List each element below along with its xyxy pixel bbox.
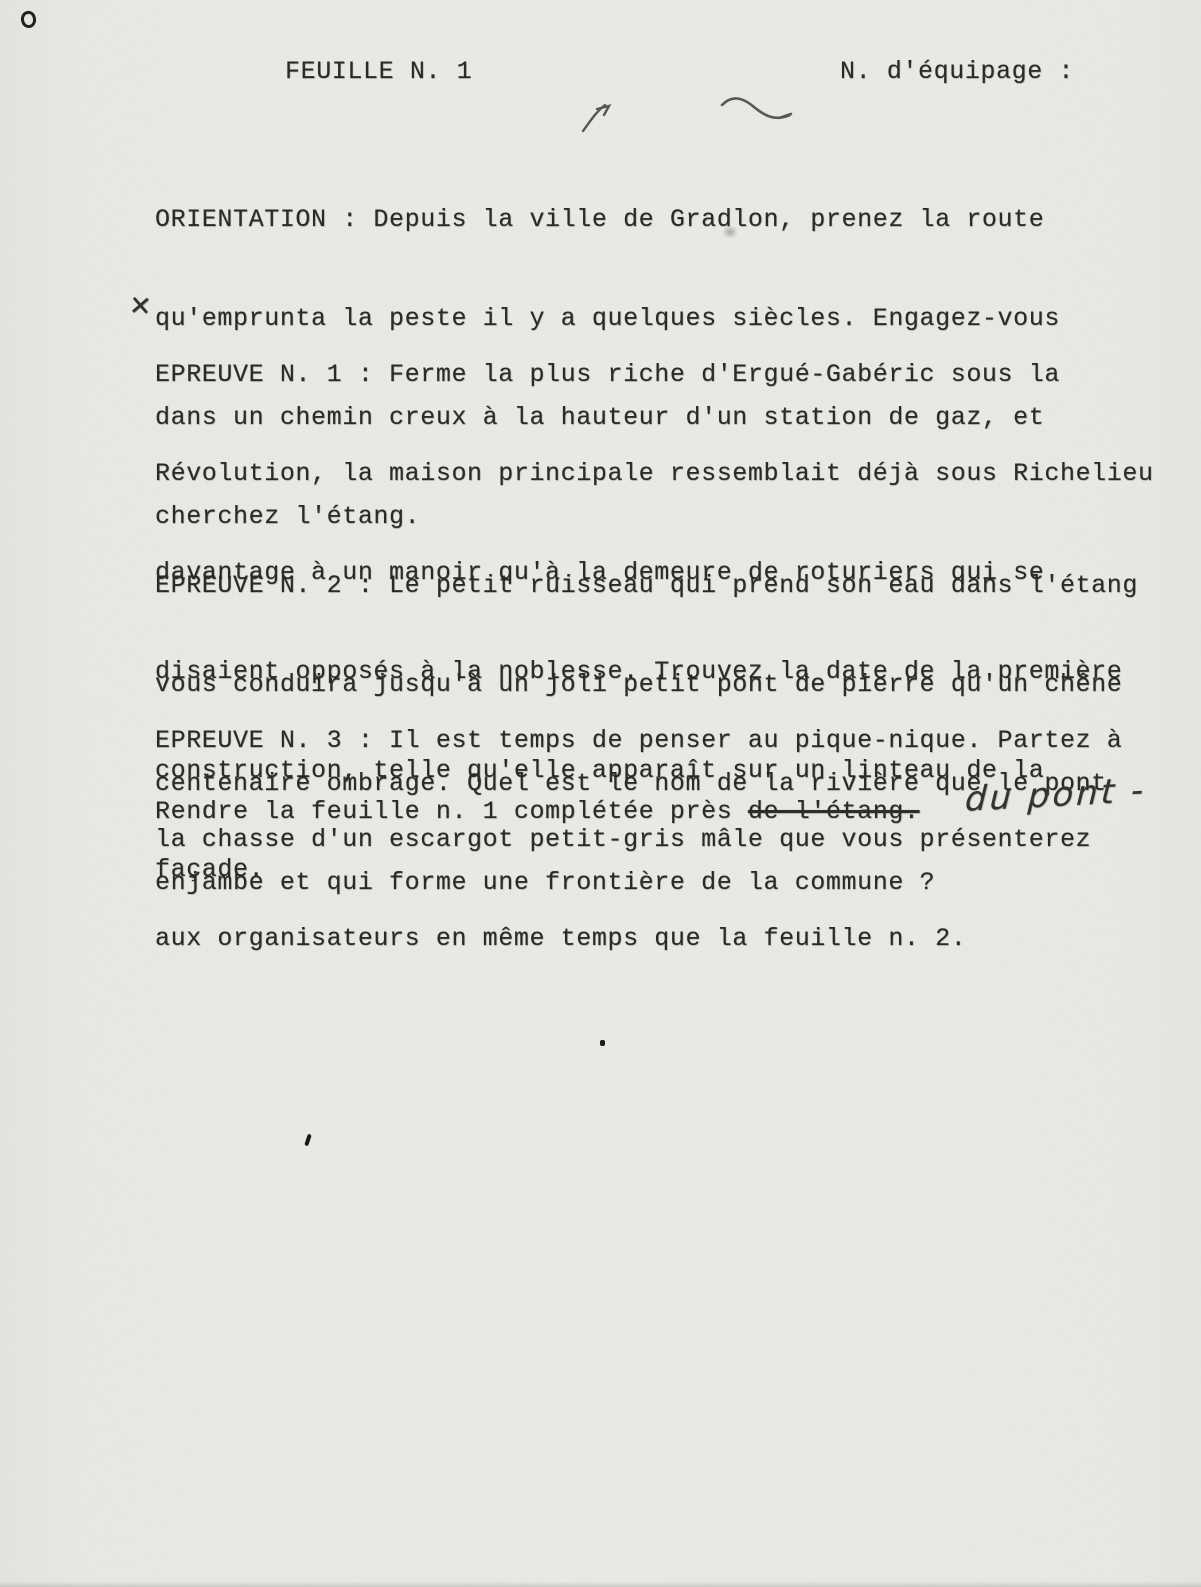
ink-speck: [304, 1134, 312, 1147]
epreuve-3-line: EPREUVE N. 3 : Il est temps de penser au…: [155, 724, 1122, 757]
epreuve-3-line: aux organisateurs en même temps que la f…: [155, 922, 1122, 955]
sheet-title: FEUILLE N. 1: [285, 55, 472, 88]
pen-tick-mark: [575, 95, 625, 137]
crew-number-label: N. d'équipage :: [840, 55, 1074, 88]
handwritten-x-mark: ✕: [128, 290, 153, 323]
epreuve-3-paragraph: EPREUVE N. 3 : Il est temps de penser au…: [155, 658, 1122, 1021]
return-instruction-text: Rendre la feuille n. 1 complétée près: [155, 797, 748, 826]
epreuve-1-line: EPREUVE N. 1 : Ferme la plus riche d'Erg…: [155, 358, 1154, 391]
scanned-document-page: FEUILLE N. 1 N. d'équipage : ORIENTATION…: [0, 0, 1201, 1587]
epreuve-1-line: Révolution, la maison principale ressemb…: [155, 457, 1154, 490]
ink-smudge: [722, 225, 738, 239]
return-instruction-line: Rendre la feuille n. 1 complétée près de…: [155, 795, 920, 828]
ink-speck: [600, 1040, 605, 1046]
pen-squiggle-mark: [718, 93, 796, 129]
ink-speck: [19, 10, 37, 30]
scan-edge-shadow: [0, 1581, 1201, 1587]
orientation-line: ORIENTATION : Depuis la ville de Gradlon…: [155, 203, 1060, 236]
epreuve-2-line: EPREUVE N. 2 : Le petit ruisseau qui pre…: [155, 569, 1138, 602]
struck-through-text: de l'étang.: [748, 797, 920, 826]
